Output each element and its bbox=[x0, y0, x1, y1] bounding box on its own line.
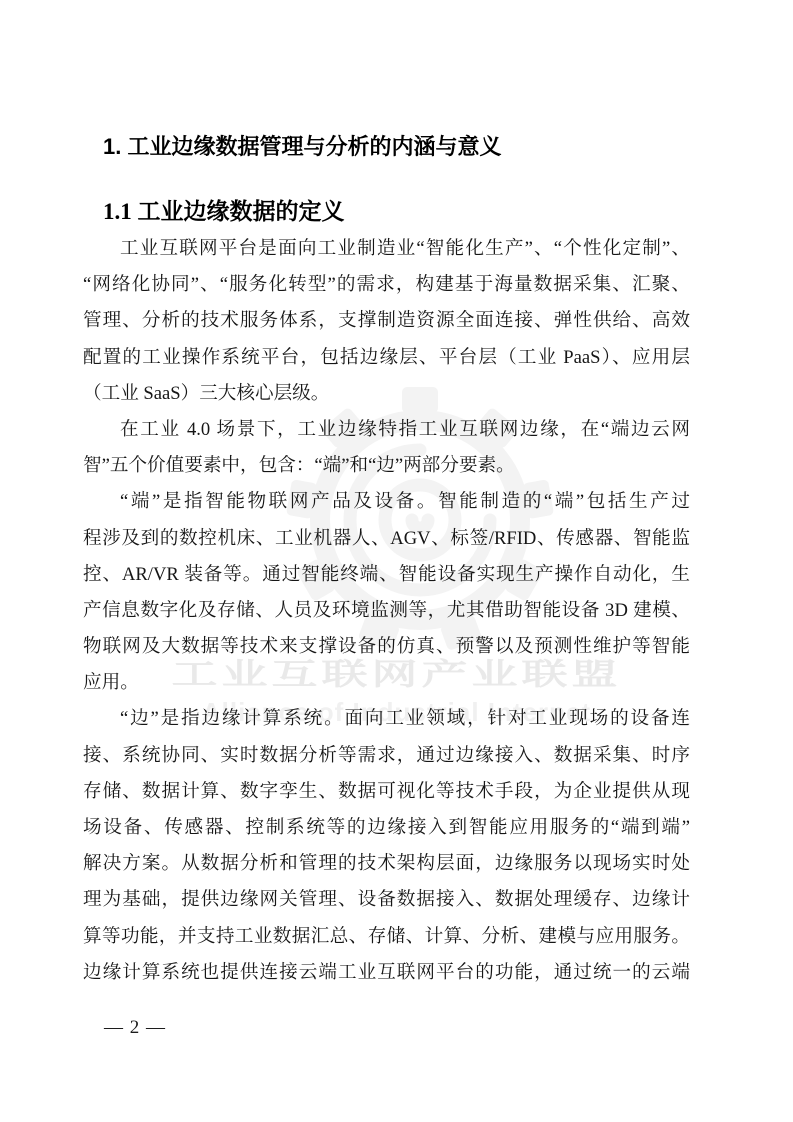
text-line: 场设备、传感器、控制系统等的边缘接入到智能应用服务的“端到端” bbox=[83, 810, 690, 846]
subsection-heading: 1.1 工业边缘数据的定义 bbox=[103, 193, 345, 226]
text-line: 工业互联网平台是面向工业制造业“智能化生产”、“个性化定制”、 bbox=[83, 231, 690, 267]
text-line: 在工业 4.0 场景下，工业边缘特指工业互联网边缘，在“端边云网 bbox=[83, 412, 690, 448]
text-line: （工业 SaaS）三大核心层级。 bbox=[83, 376, 690, 412]
text-line: 接、系统协同、实时数据分析等需求，通过边缘接入、数据采集、时序 bbox=[83, 738, 690, 774]
text-line: 物联网及大数据等技术来支撑设备的仿真、预警以及预测性维护等智能 bbox=[83, 629, 690, 665]
text-line: “端”是指智能物联网产品及设备。智能制造的“端”包括生产过 bbox=[83, 484, 690, 520]
section-heading: 1. 工业边缘数据管理与分析的内涵与意义 bbox=[103, 130, 501, 161]
text-line: 应用。 bbox=[83, 665, 690, 701]
text-line: 存储、数据计算、数字孪生、数据可视化等技术手段，为企业提供从现 bbox=[83, 774, 690, 810]
text-line: 智”五个价值要素中，包含：“端”和“边”两部分要素。 bbox=[83, 448, 690, 484]
page-number: — 2 — bbox=[104, 1017, 166, 1039]
text-line: 管理、分析的技术服务体系，支撑制造资源全面连接、弹性供给、高效 bbox=[83, 303, 690, 339]
text-line: 解决方案。从数据分析和管理的技术架构层面，边缘服务以现场实时处 bbox=[83, 846, 690, 882]
text-line: 程涉及到的数控机床、工业机器人、AGV、标签/RFID、传感器、智能监 bbox=[83, 521, 690, 557]
text-line: 配置的工业操作系统平台，包括边缘层、平台层（工业 PaaS）、应用层 bbox=[83, 340, 690, 376]
text-line: “网络化协同”、“服务化转型”的需求，构建基于海量数据采集、汇聚、 bbox=[83, 267, 690, 303]
text-line: 边缘计算系统也提供连接云端工业互联网平台的功能，通过统一的云端 bbox=[83, 955, 690, 991]
document-page: 工业互联网产业联盟 Alliance of Industrial Interne… bbox=[0, 0, 793, 1122]
text-line: 理为基础，提供边缘网关管理、设备数据接入、数据处理缓存、边缘计 bbox=[83, 882, 690, 918]
text-line: 算等功能，并支持工业数据汇总、存储、计算、分析、建模与应用服务。 bbox=[83, 919, 690, 955]
text-line: 控、AR/VR 装备等。通过智能终端、智能设备实现生产操作自动化，生 bbox=[83, 557, 690, 593]
text-line: 产信息数字化及存储、人员及环境监测等，尤其借助智能设备 3D 建模、 bbox=[83, 593, 690, 629]
text-line: “边”是指边缘计算系统。面向工业领域，针对工业现场的设备连 bbox=[83, 701, 690, 737]
document-body: 工业互联网平台是面向工业制造业“智能化生产”、“个性化定制”、“网络化协同”、“… bbox=[83, 231, 690, 991]
